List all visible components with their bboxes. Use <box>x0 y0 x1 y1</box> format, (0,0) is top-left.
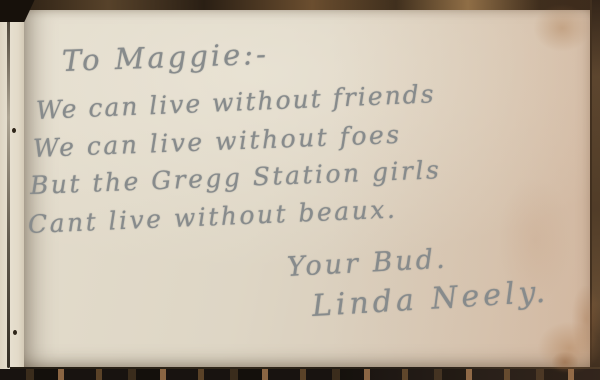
binding-gutter-crack <box>7 10 10 368</box>
binding-stitch-speck <box>12 128 16 133</box>
book-binding-right-edge <box>590 0 600 380</box>
book-binding-bottom-edge <box>0 369 600 380</box>
underlying-page-edge <box>0 8 26 370</box>
autograph-album-photo: To Maggie:- We can live without friends … <box>0 0 600 380</box>
salutation-line: To Maggie:- <box>61 37 269 78</box>
book-binding-top-left-corner <box>0 0 52 22</box>
book-binding-top-edge <box>0 0 600 10</box>
binding-stitch-speck <box>13 330 17 335</box>
